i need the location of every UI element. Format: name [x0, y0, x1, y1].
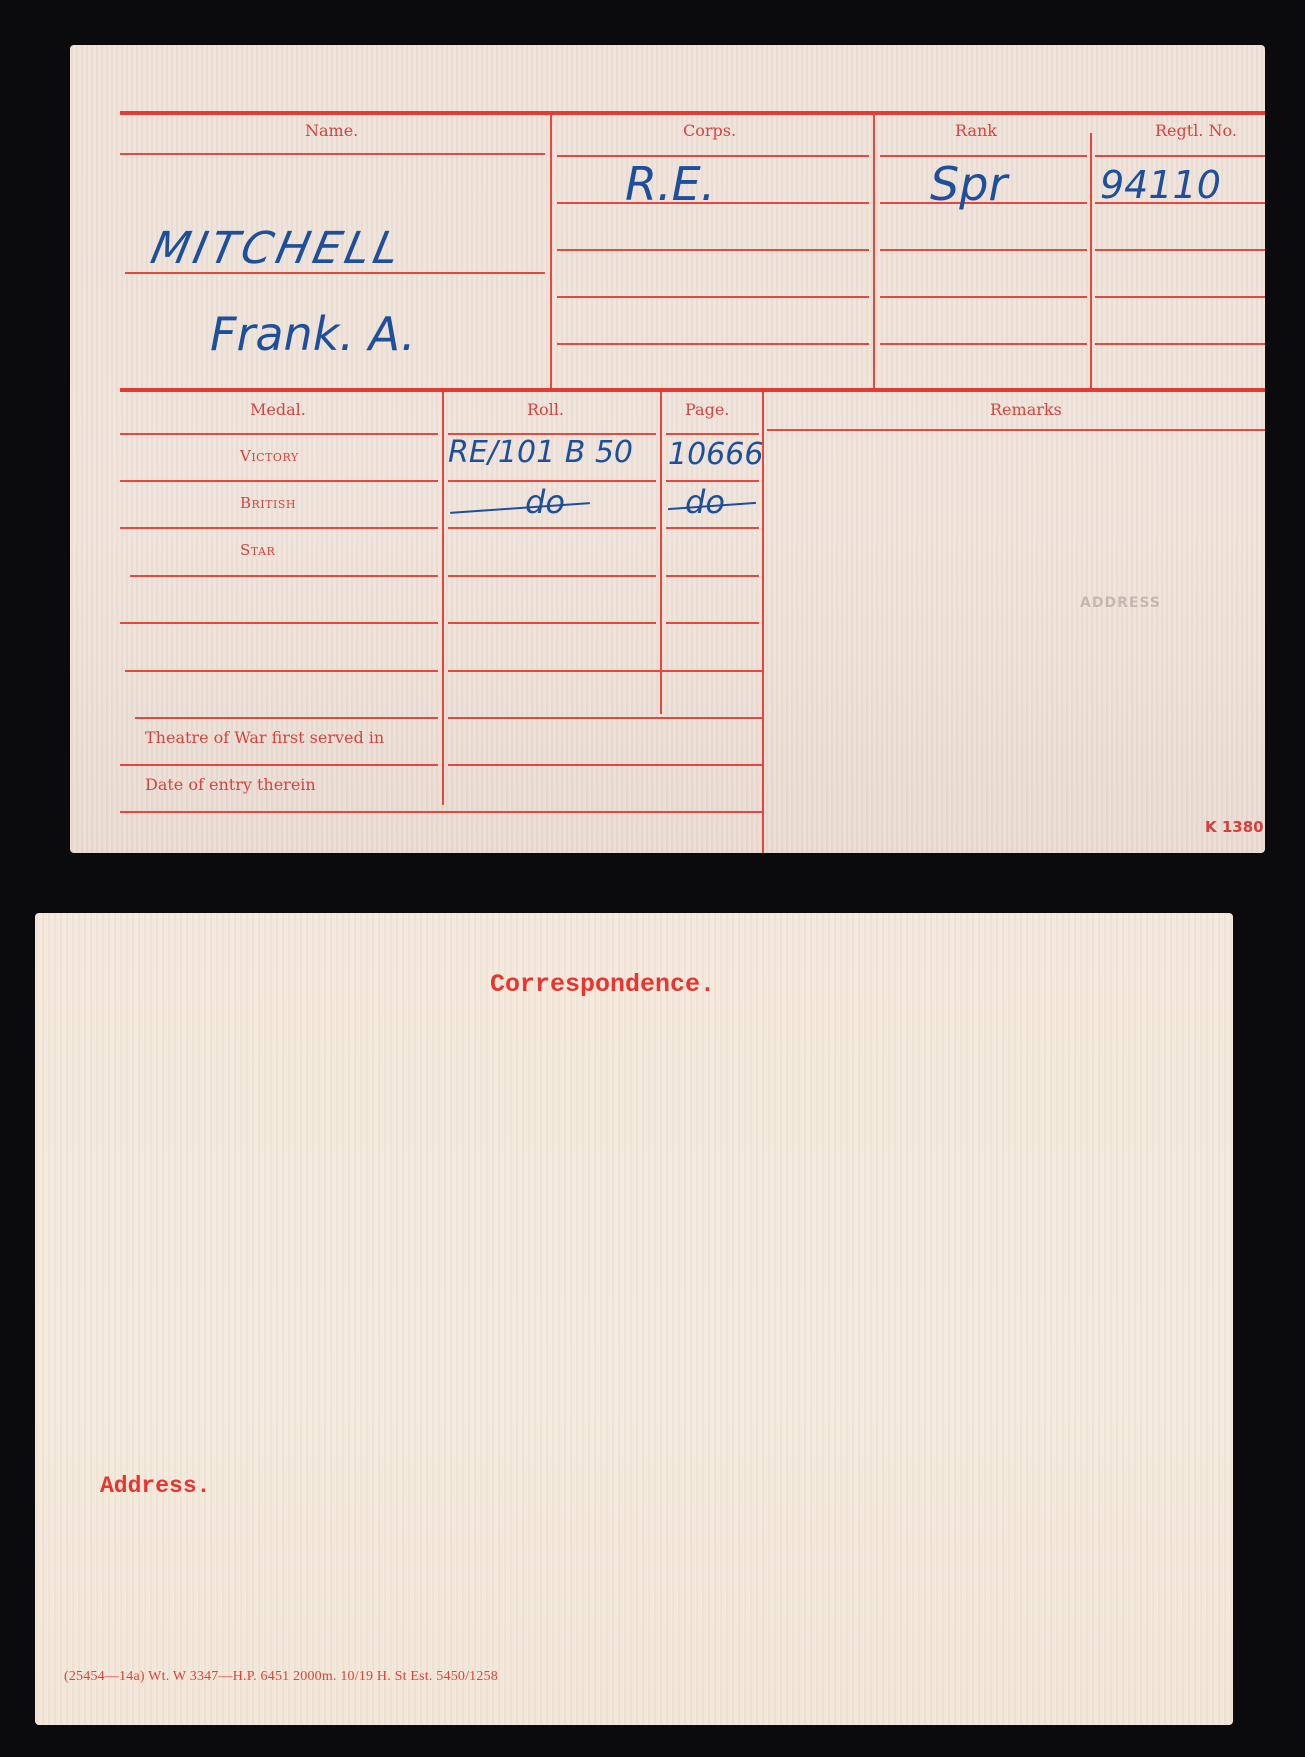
divider-rank-regtl [1090, 133, 1092, 390]
roll-rule [448, 670, 762, 672]
medal-label-victory: Victory [240, 447, 299, 465]
divider-roll-page [660, 392, 662, 714]
correspondence-heading: Correspondence. [490, 970, 715, 999]
form-code: K 1380 [1205, 818, 1264, 836]
rank-rule [880, 343, 1087, 345]
medal-label-star: Star [240, 541, 275, 559]
medal-rule [120, 527, 438, 529]
roll-rule [448, 764, 762, 766]
page-rule [666, 527, 759, 529]
middle-rule [120, 388, 1265, 392]
roll-rule [448, 527, 656, 529]
medal-rule [135, 717, 438, 719]
corps-rule [557, 343, 869, 345]
rank-rule [880, 296, 1087, 298]
roll-entry-british: do [525, 483, 565, 521]
header-name: Name. [305, 121, 358, 140]
medal-rule [120, 811, 762, 813]
header-corps: Corps. [683, 121, 736, 140]
roll-entry-victory: RE/101 B 50 [448, 435, 633, 470]
forenames-entry: Frank. A. [210, 307, 416, 361]
page-entry-british: do [685, 483, 725, 521]
divider-corps-rank [873, 115, 875, 390]
regtl-no-entry: 94110 [1100, 163, 1221, 207]
address-label: Address. [100, 1473, 210, 1499]
theatre-label: Theatre of War first served in [145, 728, 384, 747]
date-entry-label: Date of entry therein [145, 775, 316, 794]
top-rule [120, 111, 1265, 115]
medal-rule [120, 433, 438, 435]
divider-name-corps [550, 115, 552, 390]
medal-rule [125, 670, 438, 672]
rank-rule [880, 249, 1087, 251]
corps-rule [557, 296, 869, 298]
header-page: Page. [685, 400, 729, 419]
header-remarks: Remarks [990, 400, 1062, 419]
roll-rule [448, 717, 762, 719]
medal-rule [120, 622, 438, 624]
page-rule [666, 480, 759, 482]
medal-index-card-front: Name. Corps. Rank Regtl. No. MITCHELL Fr… [70, 45, 1265, 853]
regtl-rule [1095, 155, 1265, 157]
regtl-rule [1095, 249, 1265, 251]
printer-imprint: (25454—14a) Wt. W 3347—H.P. 6451 2000m. … [64, 1669, 498, 1685]
regtl-rule [1095, 343, 1265, 345]
corps-rule [557, 249, 869, 251]
roll-rule [448, 622, 656, 624]
medal-rule [120, 480, 438, 482]
regtl-rule [1095, 296, 1265, 298]
roll-rule [448, 480, 656, 482]
medal-label-british: British [240, 494, 296, 512]
ditto-stroke [450, 502, 590, 514]
page-rule [666, 622, 759, 624]
medal-rule [120, 764, 438, 766]
medal-index-card-back: Correspondence. Address. (25454—14a) Wt.… [35, 913, 1233, 1725]
header-roll: Roll. [527, 400, 564, 419]
corps-entry: R.E. [625, 157, 715, 211]
surname-entry: MITCHELL [147, 223, 408, 274]
page-rule [666, 575, 759, 577]
remarks-rule [767, 429, 1265, 431]
header-regtl-no: Regtl. No. [1155, 121, 1237, 140]
divider-medal-roll [442, 392, 444, 805]
name-rule [120, 153, 545, 155]
header-medal: Medal. [250, 400, 306, 419]
page-rule [666, 433, 759, 435]
page-entry-victory: 10666 [668, 437, 763, 472]
roll-rule [448, 575, 656, 577]
header-rank: Rank [955, 121, 997, 140]
rank-entry: Spr [930, 157, 1007, 211]
medal-rule [130, 575, 438, 577]
faded-stamp: ADDRESS [1080, 595, 1161, 611]
